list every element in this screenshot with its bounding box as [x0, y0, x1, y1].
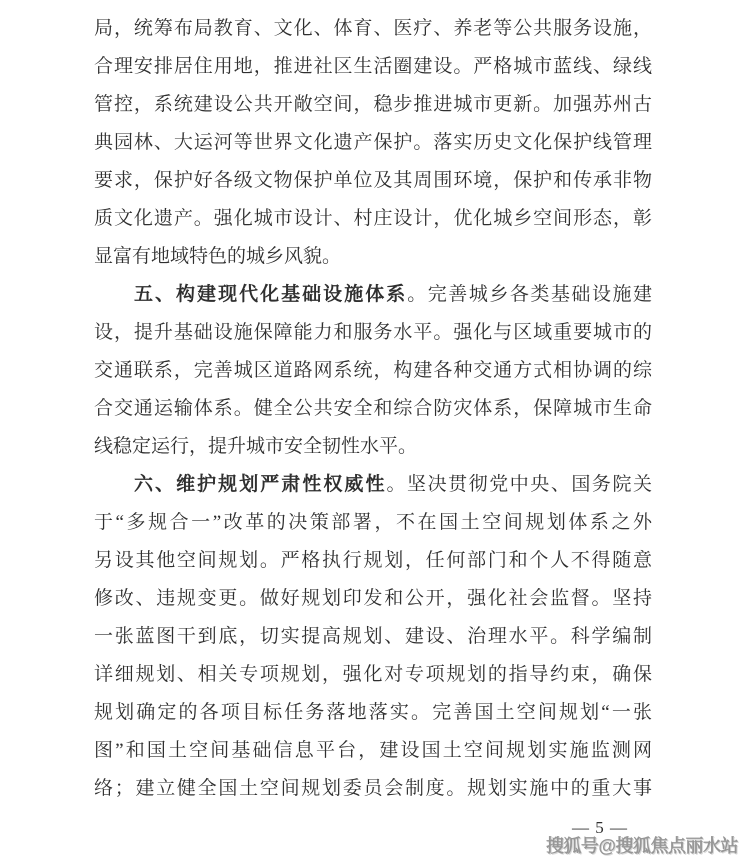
text-line: 管控，系统建设公共开敞空间，稳步推进城市更新。加强苏州古 [94, 86, 652, 124]
text-line: 规划确定的各项目标任务落地落实。完善国土空间规划“一张 [94, 694, 652, 732]
text-line: 典园林、大运河等世界文化遗产保护。落实历史文化保护线管理 [94, 124, 652, 162]
paragraph-end-line: 线稳定运行，提升城市安全韧性水平。 [94, 428, 652, 466]
text-line: 局，统筹布局教育、文化、体育、医疗、养老等公共服务设施， [94, 10, 652, 48]
text-line: 合交通运输体系。健全公共安全和综合防灾体系，保障城市生命 [94, 390, 652, 428]
text-line: 一张蓝图干到底，切实提高规划、建设、治理水平。科学编制 [94, 618, 652, 656]
section-heading-line-5: 五、构建现代化基础设施体系。完善城乡各类基础设施建 [94, 276, 652, 314]
text-run: 。完善城乡各类基础设施建 [407, 284, 652, 305]
section-heading-5: 五、构建现代化基础设施体系 [134, 284, 407, 305]
text-line: 络；建立健全国土空间规划委员会制度。规划实施中的重大事 [94, 770, 652, 808]
text-line: 另设其他空间规划。严格执行规划，任何部门和个人不得随意 [94, 542, 652, 580]
text-line: 设，提升基础设施保障能力和服务水平。强化与区域重要城市的 [94, 314, 652, 352]
document-page: 局，统筹布局教育、文化、体育、医疗、养老等公共服务设施， 合理安排居住用地，推进… [0, 0, 740, 861]
text-line: 交通联系，完善城区道路网系统，构建各种交通方式相协调的综 [94, 352, 652, 390]
watermark: 搜狐号@搜狐焦点丽水站 [546, 832, 738, 858]
text-line: 要求，保护好各级文物保护单位及其周围环境，保护和传承非物 [94, 162, 652, 200]
text-line: 于“多规合一”改革的决策部署，不在国土空间规划体系之外 [94, 504, 652, 542]
document-body: 局，统筹布局教育、文化、体育、医疗、养老等公共服务设施， 合理安排居住用地，推进… [94, 10, 652, 808]
section-heading-6: 六、维护规划严肃性权威性 [134, 474, 387, 495]
text-run: 。坚决贯彻党中央、国务院关 [387, 474, 653, 495]
text-line: 修改、违规变更。做好规划印发和公开，强化社会监督。坚持 [94, 580, 652, 618]
text-line: 图”和国土空间基础信息平台，建设国土空间规划实施监测网 [94, 732, 652, 770]
text-line: 合理安排居住用地，推进社区生活圈建设。严格城市蓝线、绿线 [94, 48, 652, 86]
paragraph-end-line: 显富有地域特色的城乡风貌。 [94, 238, 652, 276]
text-line: 详细规划、相关专项规划，强化对专项规划的指导约束，确保 [94, 656, 652, 694]
section-heading-line-6: 六、维护规划严肃性权威性。坚决贯彻党中央、国务院关 [94, 466, 652, 504]
text-line: 质文化遗产。强化城市设计、村庄设计，优化城乡空间形态，彰 [94, 200, 652, 238]
